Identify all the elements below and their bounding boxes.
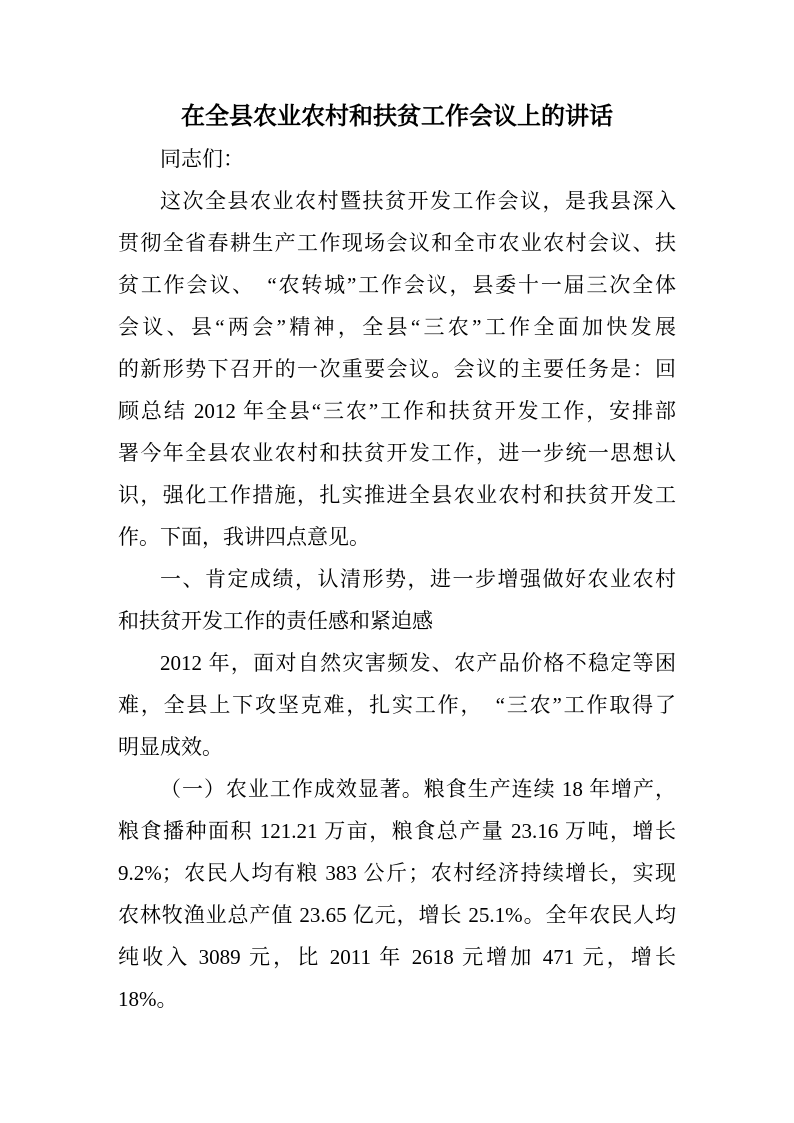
text-line: 同志们： [118, 138, 676, 180]
text-line: 贯彻全省春耕生产工作现场会议和全市农业农村会议、扶 [118, 222, 676, 264]
text-line: 9.2%；农民人均有粮 383 公斤；农村经济持续增长，实现 [118, 852, 676, 894]
document-body: 同志们：这次全县农业农村暨扶贫开发工作会议，是我县深入贯彻全省春耕生产工作现场会… [118, 138, 676, 1020]
document-title: 在全县农业农村和扶贫工作会议上的讲话 [118, 96, 676, 138]
paragraph-section-one-heading: 一、肯定成绩，认清形势，进一步增强做好农业农村和扶贫开发工作的责任感和紧迫感 [118, 558, 676, 642]
paragraph-intro: 这次全县农业农村暨扶贫开发工作会议，是我县深入贯彻全省春耕生产工作现场会议和全市… [118, 180, 676, 558]
text-line: 会议、县“两会”精神，全县“三农”工作全面加快发展 [118, 306, 676, 348]
text-line: 识，强化工作措施，扎实推进全县农业农村和扶贫开发工 [118, 474, 676, 516]
text-line: 明显成效。 [118, 726, 676, 768]
text-line: 作。下面，我讲四点意见。 [118, 516, 676, 558]
paragraph-year-overview: 2012 年，面对自然灾害频发、农产品价格不稳定等困难，全县上下攻坚克难，扎实工… [118, 642, 676, 768]
text-line: 署今年全县农业农村和扶贫开发工作，进一步统一思想认 [118, 432, 676, 474]
text-line: 2012 年，面对自然灾害频发、农产品价格不稳定等困 [118, 642, 676, 684]
text-line: 顾总结 2012 年全县“三农”工作和扶贫开发工作，安排部 [118, 390, 676, 432]
paragraph-agriculture-achievements: （一）农业工作成效显著。粮食生产连续 18 年增产，粮食播种面积 121.21 … [118, 768, 676, 1020]
text-line: 和扶贫开发工作的责任感和紧迫感 [118, 600, 676, 642]
text-line: 贫工作会议、 “农转城”工作会议，县委十一届三次全体 [118, 264, 676, 306]
text-line: 纯收入 3089 元，比 2011 年 2618 元增加 471 元，增长 [118, 936, 676, 978]
text-line: 农林牧渔业总产值 23.65 亿元，增长 25.1%。全年农民人均 [118, 894, 676, 936]
document-page: 在全县农业农村和扶贫工作会议上的讲话 同志们：这次全县农业农村暨扶贫开发工作会议… [0, 0, 794, 1123]
text-line: 粮食播种面积 121.21 万亩，粮食总产量 23.16 万吨，增长 [118, 810, 676, 852]
text-line: 18%。 [118, 978, 676, 1020]
text-line: 这次全县农业农村暨扶贫开发工作会议，是我县深入 [118, 180, 676, 222]
text-line: （一）农业工作成效显著。粮食生产连续 18 年增产， [118, 768, 676, 810]
paragraph-salutation: 同志们： [118, 138, 676, 180]
text-line: 难，全县上下攻坚克难，扎实工作， “三农”工作取得了 [118, 684, 676, 726]
text-line: 的新形势下召开的一次重要会议。会议的主要任务是：回 [118, 348, 676, 390]
text-line: 一、肯定成绩，认清形势，进一步增强做好农业农村 [118, 558, 676, 600]
